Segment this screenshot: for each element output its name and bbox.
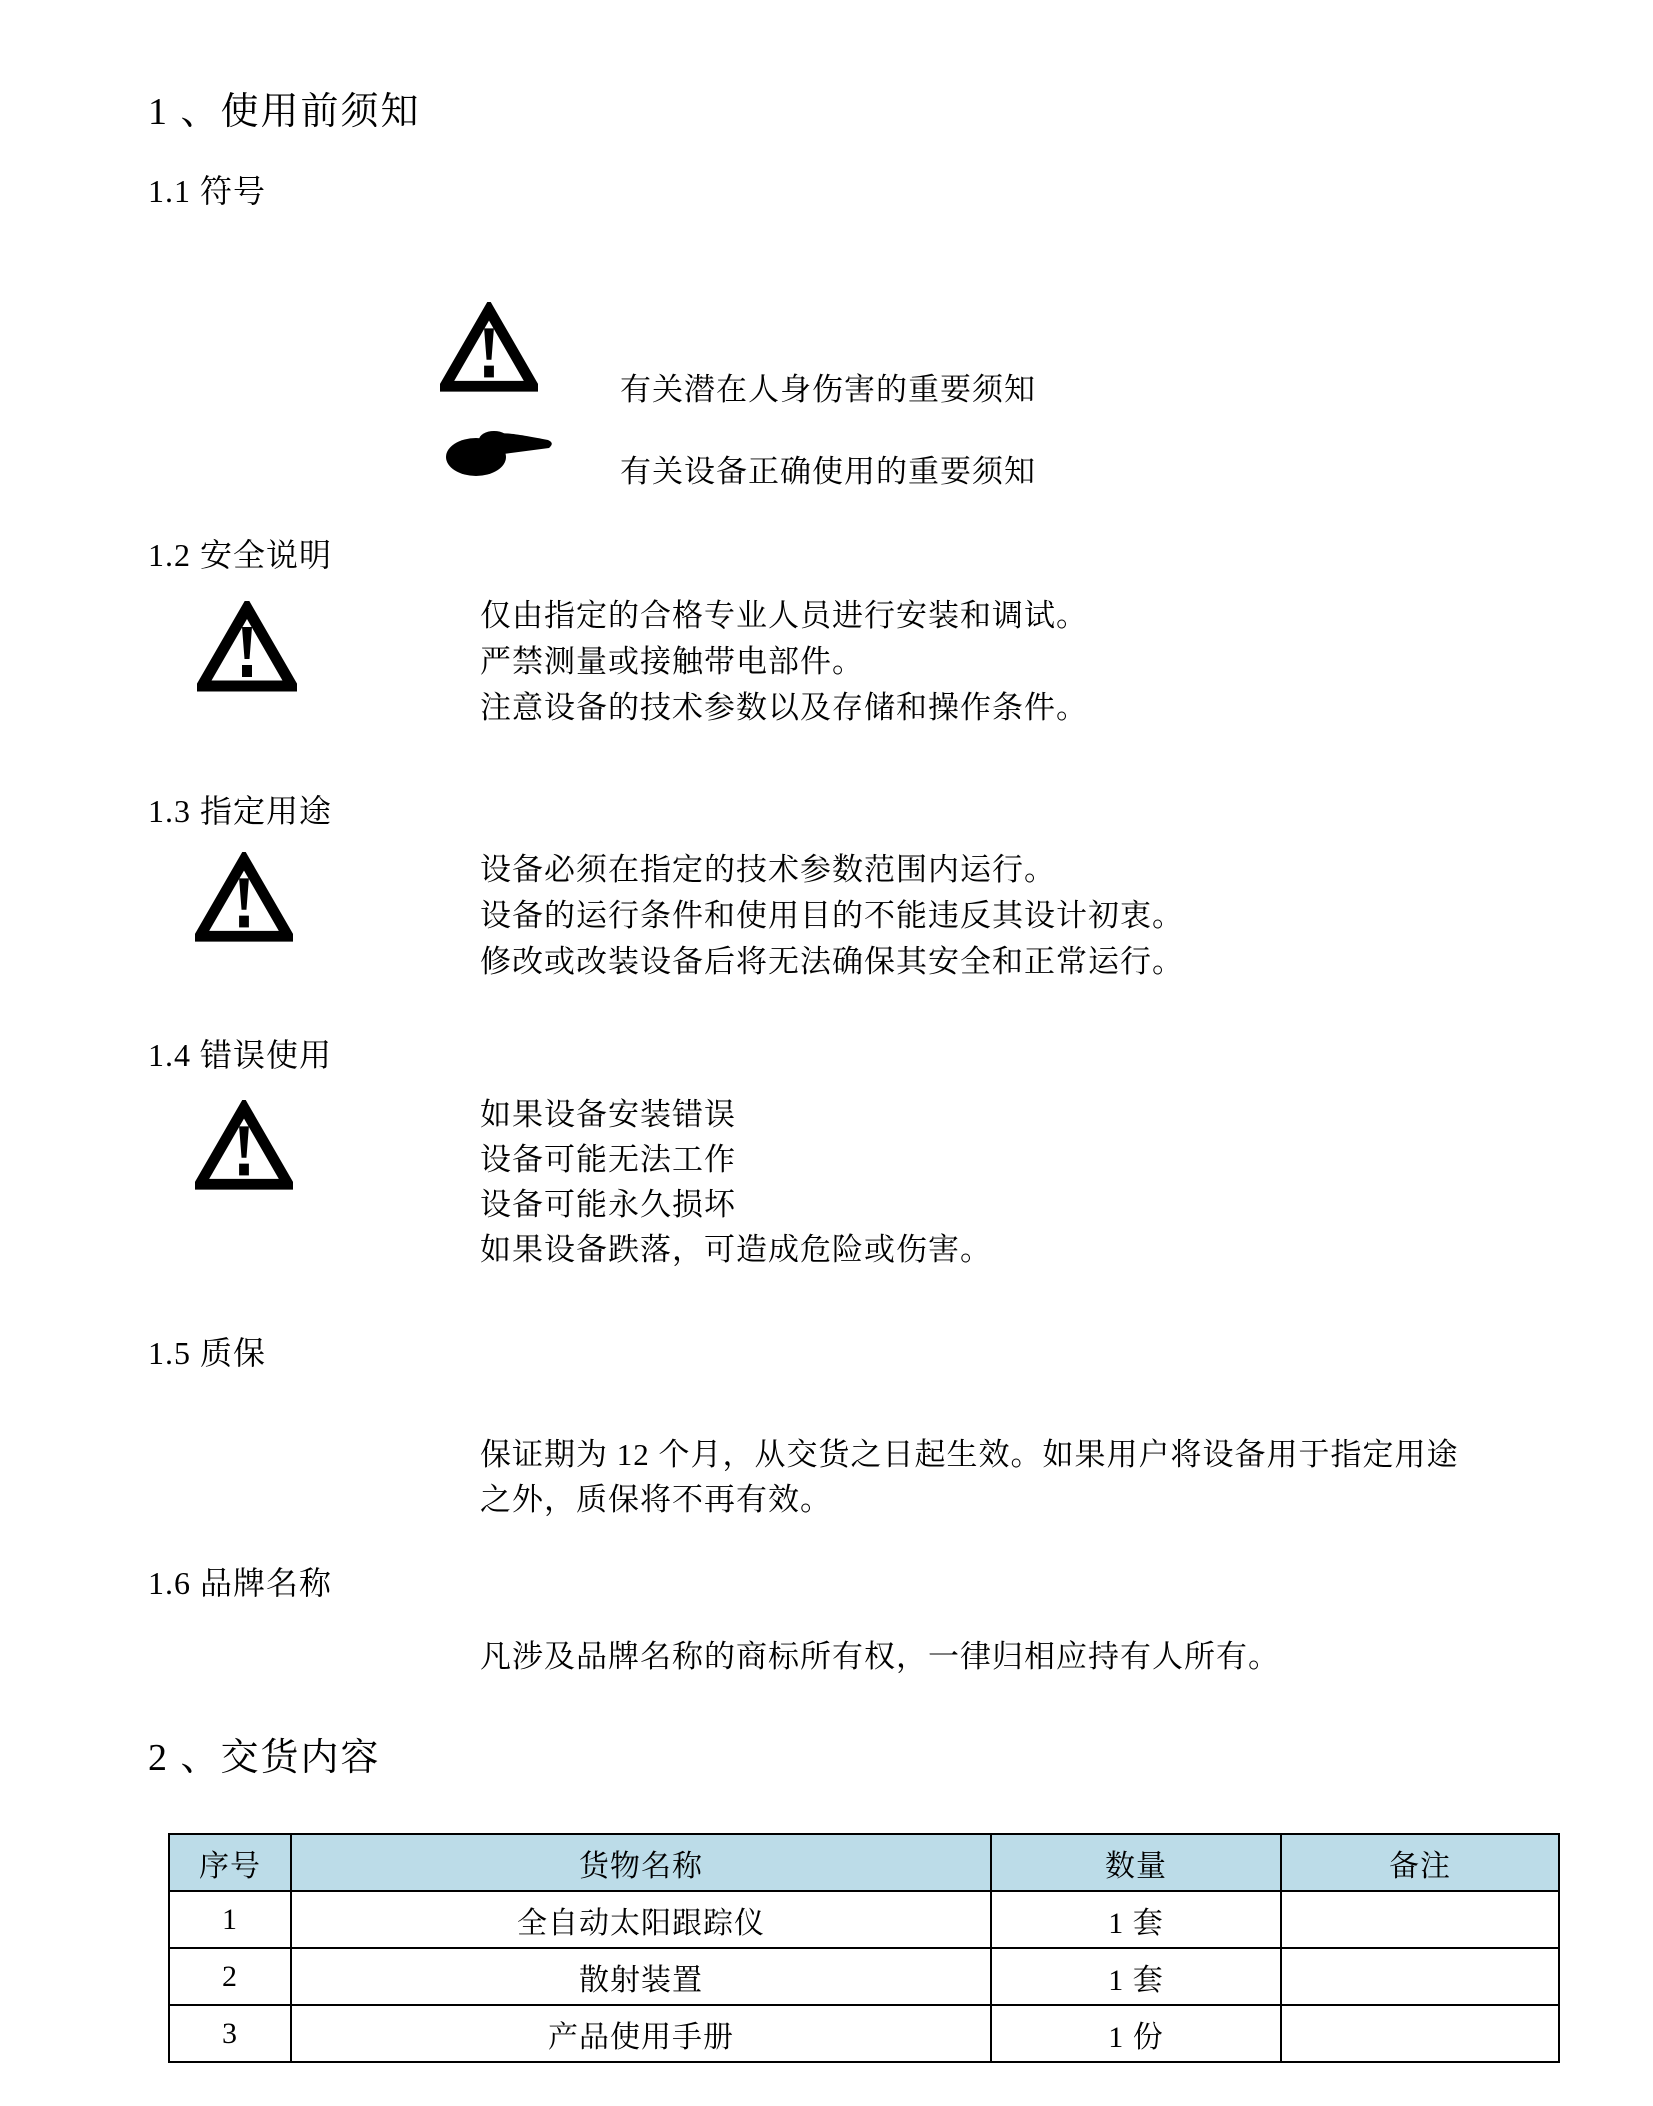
header-quantity: 数量: [991, 1834, 1281, 1891]
text-line: 注意设备的技术参数以及存储和操作条件。: [480, 685, 1088, 731]
text-line: 之外，质保将不再有效。: [480, 1477, 1459, 1522]
header-goods-name: 货物名称: [291, 1834, 991, 1891]
header-serial-number: 序号: [169, 1834, 291, 1891]
cell-quantity: 1 份: [991, 2005, 1281, 2062]
section1-6-heading: 1.6 品牌名称: [148, 1558, 332, 1604]
section1-3-heading: 1.3 指定用途: [148, 786, 332, 832]
text-line: 设备的运行条件和使用目的不能违反其设计初衷。: [480, 893, 1184, 939]
text-line: 如果设备跌落，可造成危险或伤害。: [480, 1227, 992, 1272]
section1-4-heading: 1.4 错误使用: [148, 1030, 332, 1076]
section1-1-heading: 1.1 符号: [148, 166, 266, 212]
table-header-row: 序号 货物名称 数量 备注: [169, 1834, 1559, 1891]
delivery-contents-table: 序号 货物名称 数量 备注 1 全自动太阳跟踪仪 1 套 2 散射装置 1 套 …: [168, 1833, 1560, 2063]
warning-triangle-icon: [197, 601, 297, 693]
text-line: 设备可能无法工作: [480, 1137, 992, 1182]
intended-use-text: 设备必须在指定的技术参数范围内运行。 设备的运行条件和使用目的不能违反其设计初衷…: [480, 847, 1184, 985]
cell-goods-name: 散射装置: [291, 1948, 991, 2005]
table-row: 1 全自动太阳跟踪仪 1 套: [169, 1891, 1559, 1948]
text-line: 设备必须在指定的技术参数范围内运行。: [480, 847, 1184, 893]
cell-goods-name: 全自动太阳跟踪仪: [291, 1891, 991, 1948]
header-remarks: 备注: [1281, 1834, 1559, 1891]
safety-instructions-text: 仅由指定的合格专业人员进行安装和调试。 严禁测量或接触带电部件。 注意设备的技术…: [480, 593, 1088, 731]
caption-injury-notice: 有关潜在人身伤害的重要须知: [620, 364, 1036, 409]
text-line: 修改或改装设备后将无法确保其安全和正常运行。: [480, 939, 1184, 985]
caption-correct-use-notice: 有关设备正确使用的重要须知: [620, 446, 1036, 491]
manual-page: 1 、使用前须知 1.1 符号 有关潜在人身伤害的重要须知 有关设备正确使用的重…: [0, 0, 1653, 2106]
brand-names-text: 凡涉及品牌名称的商标所有权，一律归相应持有人所有。: [480, 1634, 1280, 1680]
warning-triangle-icon: [195, 852, 293, 944]
cell-serial: 1: [169, 1891, 291, 1948]
table-row: 2 散射装置 1 套: [169, 1948, 1559, 2005]
warning-triangle-icon: [195, 1100, 293, 1192]
section1-heading: 1 、使用前须知: [148, 80, 421, 135]
warning-triangle-icon: [440, 302, 538, 394]
cell-remarks: [1281, 2005, 1559, 2062]
text-line: 严禁测量或接触带电部件。: [480, 639, 1088, 685]
section2-heading: 2 、交货内容: [148, 1726, 381, 1781]
section1-2-heading: 1.2 安全说明: [148, 530, 332, 576]
text-line: 保证期为 12 个月，从交货之日起生效。如果用户将设备用于指定用途: [480, 1432, 1459, 1477]
cell-serial: 3: [169, 2005, 291, 2062]
cell-remarks: [1281, 1891, 1559, 1948]
incorrect-use-text: 如果设备安装错误 设备可能无法工作 设备可能永久损坏 如果设备跌落，可造成危险或…: [480, 1092, 992, 1272]
cell-quantity: 1 套: [991, 1948, 1281, 2005]
warranty-text: 保证期为 12 个月，从交货之日起生效。如果用户将设备用于指定用途 之外，质保将…: [480, 1432, 1459, 1522]
cell-goods-name: 产品使用手册: [291, 2005, 991, 2062]
text-line: 设备可能永久损坏: [480, 1182, 992, 1227]
cell-remarks: [1281, 1948, 1559, 2005]
text-line: 仅由指定的合格专业人员进行安装和调试。: [480, 593, 1088, 639]
table-row: 3 产品使用手册 1 份: [169, 2005, 1559, 2062]
cell-serial: 2: [169, 1948, 291, 2005]
cell-quantity: 1 套: [991, 1891, 1281, 1948]
text-line: 如果设备安装错误: [480, 1092, 992, 1137]
section1-5-heading: 1.5 质保: [148, 1328, 266, 1374]
text-line: 凡涉及品牌名称的商标所有权，一律归相应持有人所有。: [480, 1634, 1280, 1680]
pointing-hand-icon: [440, 424, 558, 480]
